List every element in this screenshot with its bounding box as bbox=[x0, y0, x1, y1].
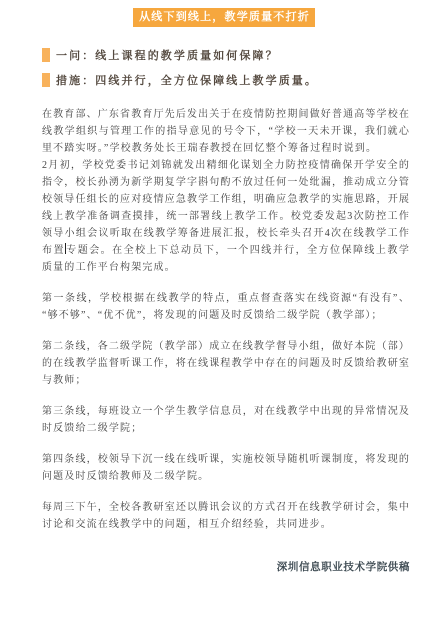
highlight-marker-icon bbox=[42, 48, 50, 62]
paragraph-weekly-meeting: 每周三下午，全校各教研室还以腾讯会议的方式召开在线教学研讨会，集中讨论和交流在线… bbox=[42, 499, 410, 533]
answer-text: 措施：四线并行，全方位保障线上教学质量。 bbox=[56, 72, 318, 88]
paragraph-text: 第四条线，校领导下沉一线在线听课，实施校领导随机听课制度，将发现的问题及时反馈给… bbox=[42, 454, 410, 482]
paragraph-text: 第三条线，每班设立一个学生教学信息员，对在线教学中出现的异常情况及时反馈给二级学… bbox=[42, 406, 410, 434]
question-line: 一问：线上课程的教学质量如何保障？ bbox=[42, 47, 448, 63]
paragraph-line-1: 第一条线，学校根据在线教学的特点，重点督查落实在线资源“有没有”、“够不够”、“… bbox=[42, 290, 410, 324]
answer-line: 措施：四线并行，全方位保障线上教学质量。 bbox=[42, 72, 448, 88]
paragraph-intro: 在教育部、广东省教育厅先后发出关于在疫情防控期间做好普通高等学校在线教学组织与管… bbox=[42, 106, 410, 157]
paragraph-line-3: 第三条线，每班设立一个学生教学信息员，对在线教学中出现的异常情况及时反馈给二级学… bbox=[42, 403, 410, 437]
paragraph-line-2: 第二条线，各二级学院（教学部）成立在线教学督导小组，做好本院（部）的在线教学监督… bbox=[42, 338, 410, 389]
paragraph-text: 专题会。在全校上下总动员下，一个四线并行，全方位保障线上教学质量的工作平台构架完… bbox=[42, 245, 410, 273]
paragraph-line-4: 第四条线，校领导下沉一线在线听课，实施校领导随机听课制度，将发现的问题及时反馈给… bbox=[42, 451, 410, 485]
document-page: { "header": { "title": "从线下到线上，教学质量不打折" … bbox=[0, 0, 448, 621]
paragraph-text: 在教育部、广东省教育厅先后发出关于在疫情防控期间做好普通高等学校在线教学组织与管… bbox=[42, 109, 410, 154]
paragraph-text: 每周三下午，全校各教研室还以腾讯会议的方式召开在线教学研讨会，集中讨论和交流在线… bbox=[42, 502, 410, 530]
title-row: 从线下到线上，教学质量不打折 bbox=[0, 0, 448, 27]
paragraph-text: 第二条线，各二级学院（教学部）成立在线教学督导小组，做好本院（部）的在线教学监督… bbox=[42, 341, 410, 386]
article-body: 在教育部、广东省教育厅先后发出关于在疫情防控期间做好普通高等学校在线教学组织与管… bbox=[42, 106, 410, 533]
paragraph-text: 第一条线，学校根据在线教学的特点，重点督查落实在线资源“有没有”、“够不够”、“… bbox=[42, 293, 410, 321]
paragraph-preparation: 2月初，学校党委书记刘锦就发出精细化谋划全力防控疫情确保开学安全的指令，校长孙湧… bbox=[42, 157, 410, 276]
attribution: 深圳信息职业技术学院供稿 bbox=[42, 559, 410, 574]
question-text: 一问：线上课程的教学质量如何保障？ bbox=[56, 47, 279, 63]
paragraph-text: 2月初，学校党委书记刘锦就发出精细化谋划全力防控疫情确保开学安全的指令，校长孙湧… bbox=[42, 160, 410, 256]
page-title: 从线下到线上，教学质量不打折 bbox=[133, 8, 315, 27]
qa-block: 一问：线上课程的教学质量如何保障？ 措施：四线并行，全方位保障线上教学质量。 bbox=[42, 47, 448, 88]
highlight-marker-icon bbox=[42, 73, 50, 87]
